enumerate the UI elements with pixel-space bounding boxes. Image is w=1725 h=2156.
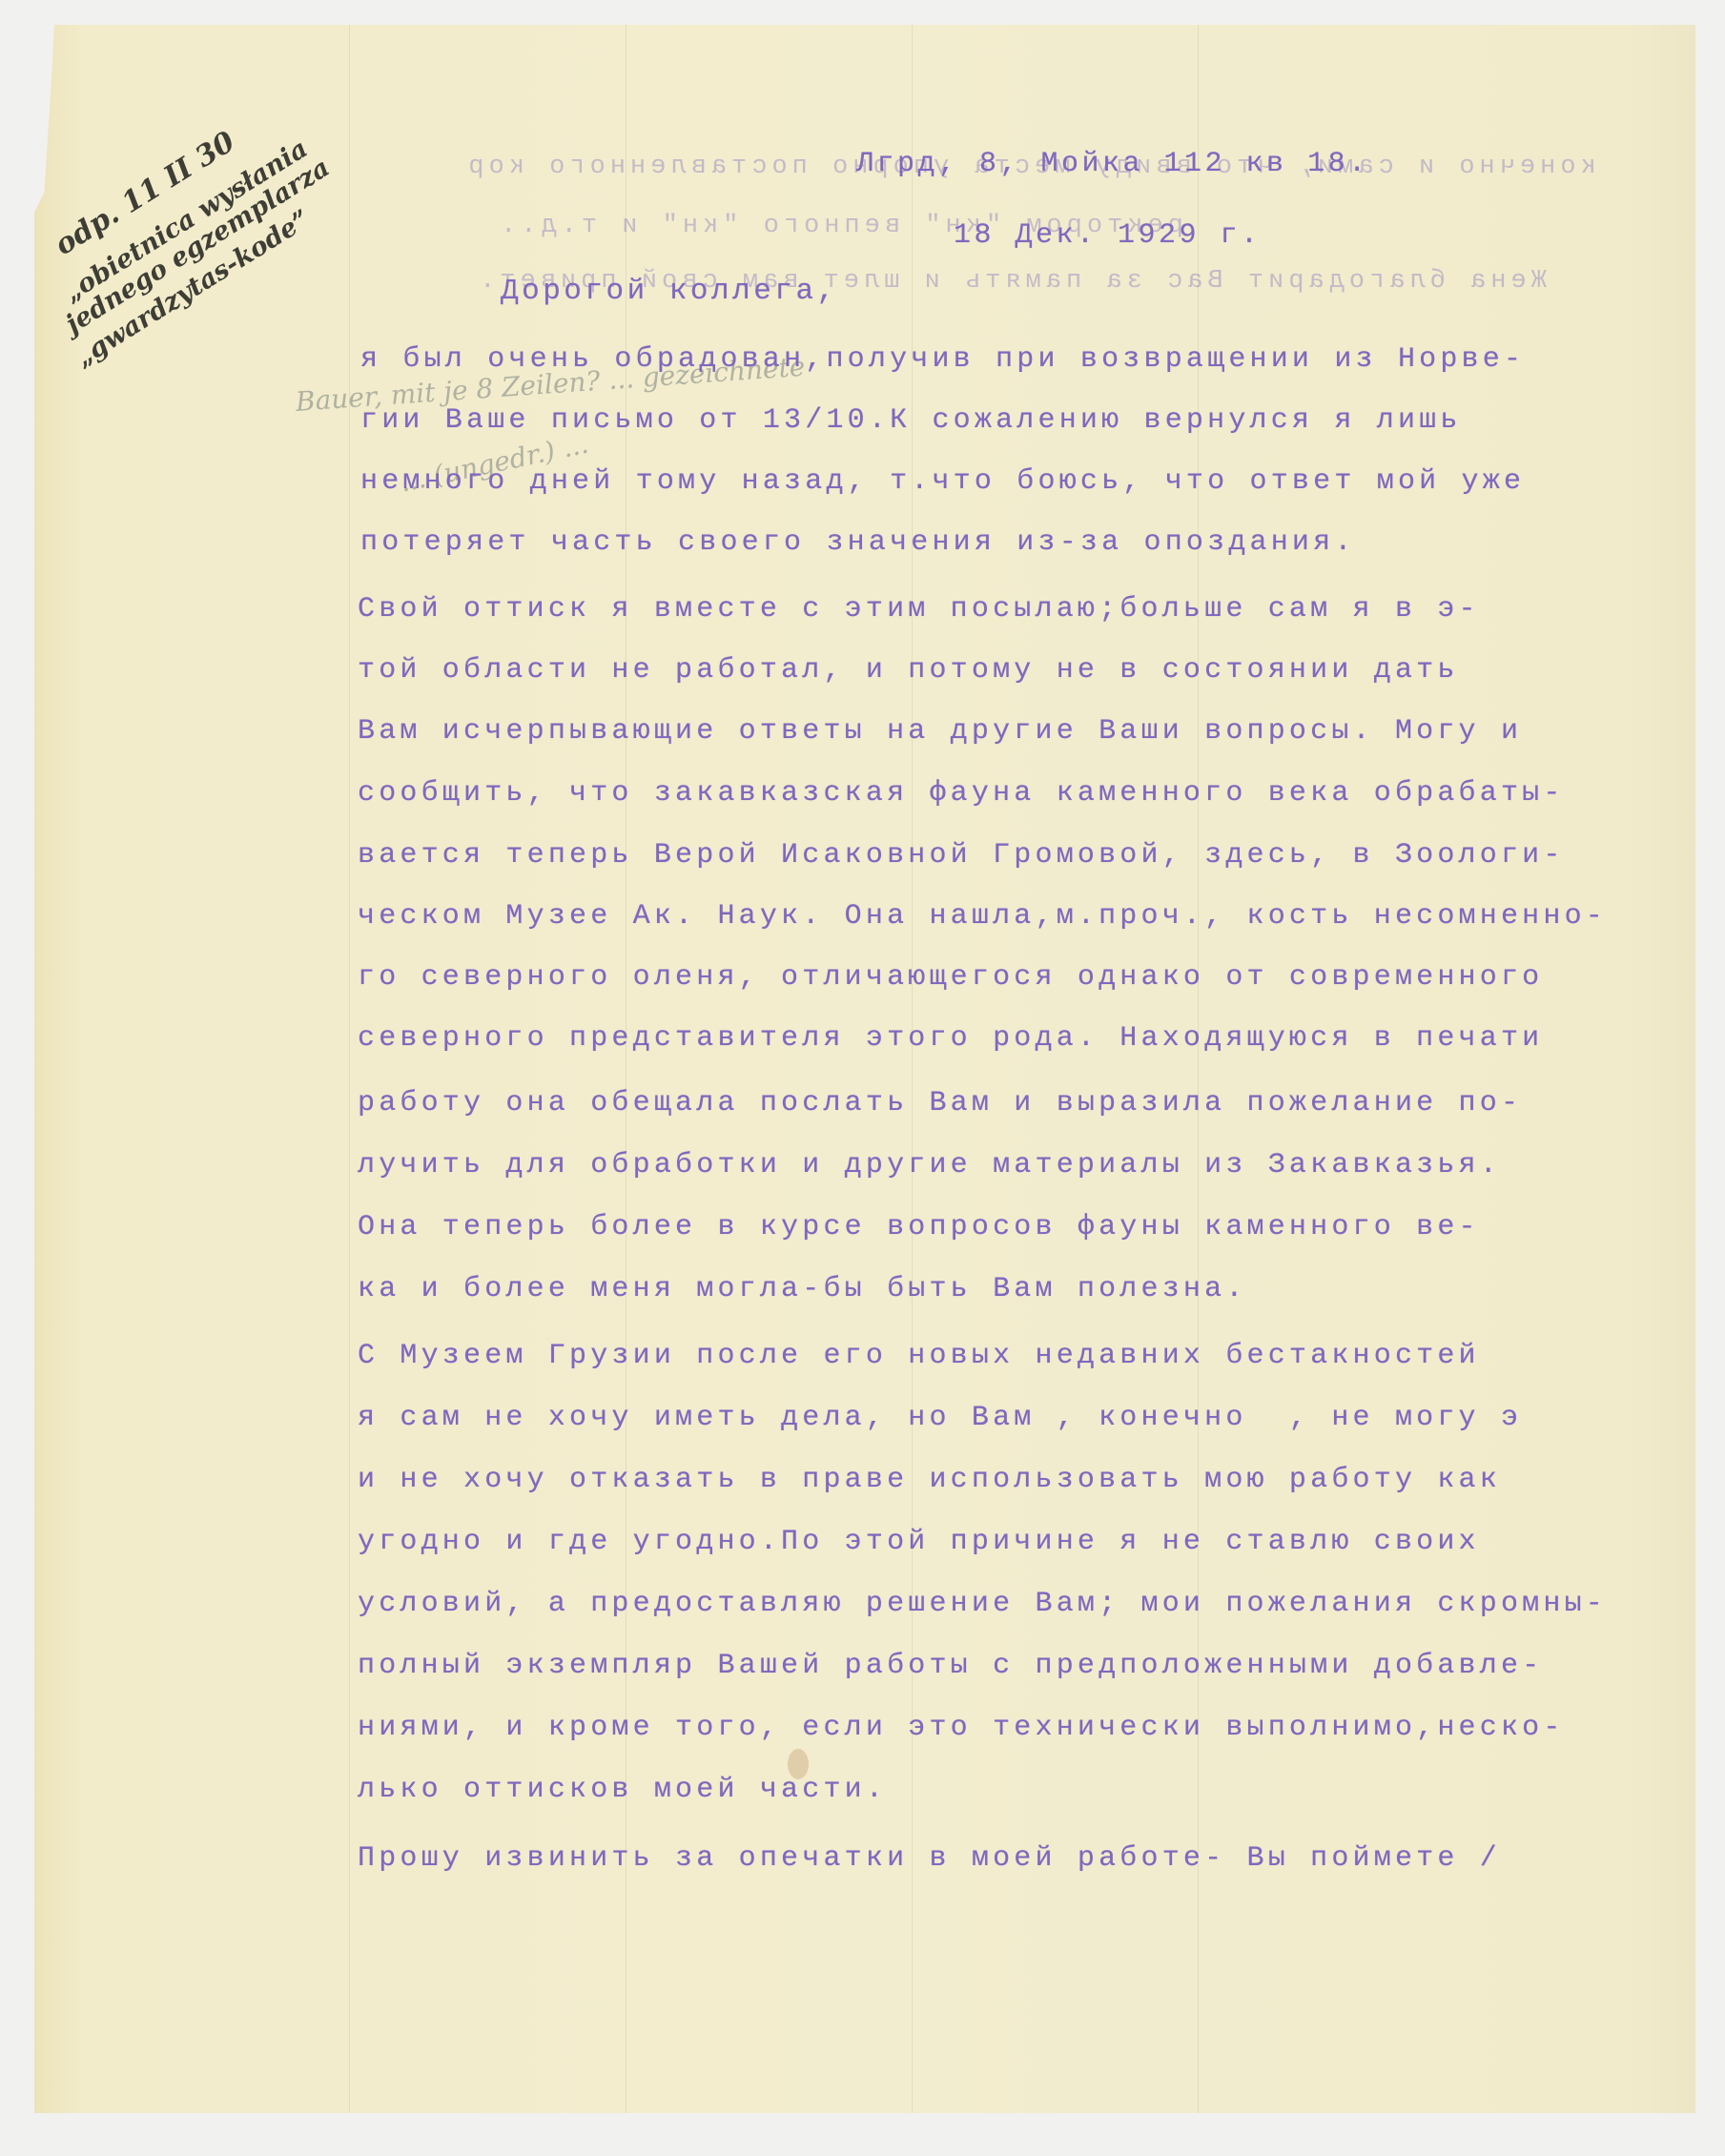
paper-fold-line xyxy=(912,25,913,2113)
body-line: Прошу извинить за опечатки в моей работе… xyxy=(358,1842,1501,1875)
body-line: потеряет часть своего значения из-за опо… xyxy=(360,526,1356,559)
body-line: я был очень обрадован,получив при возвра… xyxy=(360,343,1525,376)
body-line: условий, а предоставляю решение Вам; мои… xyxy=(358,1588,1607,1620)
body-line: сообщить, что закавказская фауна каменно… xyxy=(358,777,1565,810)
body-line: ческом Музее Ак. Наук. Она нашла,м.проч.… xyxy=(358,900,1607,933)
body-line: Вам исчерпывающие ответы на другие Ваши … xyxy=(358,715,1522,748)
body-line: лучить для обработки и другие материалы … xyxy=(358,1149,1501,1181)
body-line: Она теперь более в курсе вопросов фауны … xyxy=(358,1211,1480,1243)
salutation: Дорогой коллега, xyxy=(501,275,838,308)
body-line: я сам не хочу иметь дела, но Вам , конеч… xyxy=(358,1402,1522,1434)
body-line: лько оттисков моей части. xyxy=(358,1774,887,1806)
body-line: го северного оленя, отличающегося однако… xyxy=(358,961,1543,994)
body-line: немного дней тому назад, т.что боюсь, чт… xyxy=(360,465,1525,498)
body-line: той области не работал, и потому не в со… xyxy=(358,654,1459,687)
body-line: работу она обещала послать Вам и выразил… xyxy=(358,1087,1522,1119)
paper-fold-line xyxy=(349,25,350,2113)
paper-fold-line xyxy=(1198,25,1199,2113)
body-line: ка и более меня могла-бы быть Вам полезн… xyxy=(358,1273,1247,1305)
body-line: полный экземпляр Вашей работы с предполо… xyxy=(358,1650,1543,1682)
letter-date: 18 Дек. 1929 г. xyxy=(954,219,1262,252)
body-line: угодно и где угодно.По этой причине я не… xyxy=(358,1526,1480,1558)
body-line: С Музеем Грузии после его новых недавних… xyxy=(358,1340,1480,1372)
body-line: и не хочу отказать в праве использовать … xyxy=(358,1464,1501,1496)
sender-address: Лгрд, 8, Мойка 112 кв 18. xyxy=(856,148,1369,180)
body-line: гии Ваше письмо от 13/10.К сожалению вер… xyxy=(360,404,1462,437)
body-line: северного представителя этого рода. Нахо… xyxy=(358,1022,1543,1055)
body-line: ниями, и кроме того, если это технически… xyxy=(358,1712,1565,1744)
body-line: вается теперь Верой Исаковной Громовой, … xyxy=(358,839,1565,872)
body-line: Свой оттиск я вместе с этим посылаю;боль… xyxy=(358,593,1480,626)
